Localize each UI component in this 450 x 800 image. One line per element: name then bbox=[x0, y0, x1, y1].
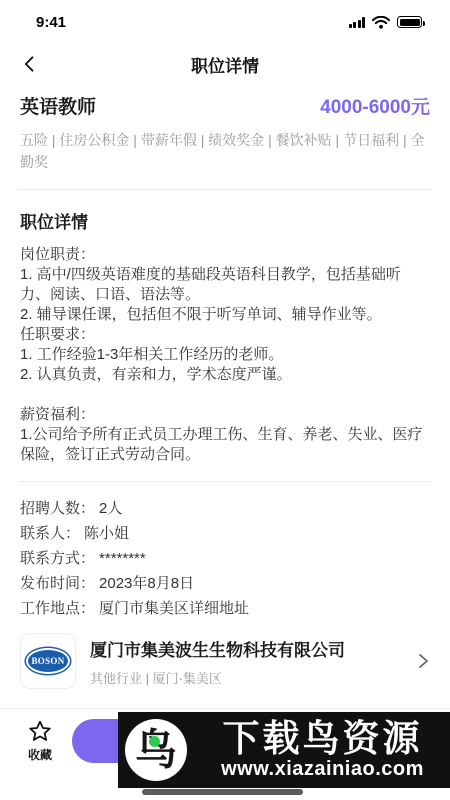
requirements-paragraph: 任职要求： 1. 工作经验1-3年相关工作经历的老师。 2. 认真负责，有亲和力… bbox=[20, 325, 430, 385]
chevron-left-icon bbox=[20, 54, 40, 74]
job-benefit-tags: 五险 | 住房公积金 | 带薪年假 | 绩效奖金 | 餐饮补贴 | 节日福利 |… bbox=[20, 129, 430, 173]
duties-item: 2. 辅导课任课，包括但不限于听写单词、辅导作业等。 bbox=[20, 305, 430, 325]
info-row-work-location: 工作地点： 厦门市集美区详细地址 bbox=[20, 596, 430, 621]
job-salary: 4000-6000元 bbox=[320, 92, 430, 119]
company-logo-text: BOSON bbox=[31, 656, 64, 666]
nav-bar: 职位详情 bbox=[0, 44, 450, 84]
cellular-signal-icon bbox=[349, 17, 366, 28]
info-row-headcount: 招聘人数： 2人 bbox=[20, 496, 430, 521]
job-info-list: 招聘人数： 2人 联系人： 陈小姐 联系方式： ******** 发布时间： 2… bbox=[20, 496, 430, 621]
favorite-label: 收藏 bbox=[28, 746, 52, 763]
watermark-bird-logo-icon: 鸟 bbox=[125, 719, 187, 781]
bird-eye-dot bbox=[149, 736, 160, 747]
info-label: 联系方式： bbox=[20, 546, 95, 571]
info-value: 陈小姐 bbox=[84, 521, 129, 546]
divider bbox=[18, 189, 432, 190]
watermark-overlay: 鸟 下载鸟资源 www.xiazainiao.com bbox=[118, 712, 450, 788]
divider bbox=[18, 481, 432, 482]
company-name: 厦门市集美波生生物科技有限公司 bbox=[90, 636, 402, 661]
back-button[interactable] bbox=[14, 48, 46, 80]
home-indicator[interactable] bbox=[142, 789, 303, 795]
boson-logo-icon: BOSON bbox=[26, 648, 70, 674]
requirements-item: 2. 认真负责，有亲和力，学术态度严谨。 bbox=[20, 365, 430, 385]
info-value: 2人 bbox=[99, 496, 122, 521]
duties-item: 1. 高中/四级英语难度的基础段英语科目教学，包括基础听力、阅读、口语、语法等。 bbox=[20, 265, 430, 305]
status-bar: 9:41 bbox=[0, 0, 450, 44]
benefits-title: 薪资福利： bbox=[20, 405, 430, 425]
watermark-title: 下载鸟资源 bbox=[223, 720, 423, 757]
watermark-text: 下载鸟资源 www.xiazainiao.com bbox=[195, 720, 450, 781]
duties-title: 岗位职责： bbox=[20, 245, 430, 265]
company-logo: BOSON bbox=[20, 633, 76, 689]
status-time: 9:41 bbox=[36, 14, 66, 31]
info-value: ******** bbox=[99, 546, 146, 571]
job-title: 英语教师 bbox=[20, 92, 96, 119]
battery-icon bbox=[397, 16, 422, 28]
info-value: 2023年8月8日 bbox=[99, 571, 194, 596]
company-card[interactable]: BOSON 厦门市集美波生生物科技有限公司 其他行业 | 厦门·集美区 bbox=[20, 633, 430, 689]
info-label: 招聘人数： bbox=[20, 496, 95, 521]
chevron-right-icon bbox=[416, 652, 430, 670]
star-icon bbox=[27, 719, 53, 744]
info-row-publish-date: 发布时间： 2023年8月8日 bbox=[20, 571, 430, 596]
page-title: 职位详情 bbox=[191, 52, 259, 77]
info-value: 厦门市集美区详细地址 bbox=[99, 596, 249, 621]
company-main: 厦门市集美波生生物科技有限公司 其他行业 | 厦门·集美区 bbox=[90, 636, 402, 687]
benefits-item: 1.公司给予所有正式员工办理工伤、生育、养老、失业、医疗保险，签订正式劳动合同。 bbox=[20, 425, 430, 465]
favorite-button[interactable]: 收藏 bbox=[20, 717, 60, 765]
info-label: 发布时间： bbox=[20, 571, 95, 596]
status-icons bbox=[349, 16, 423, 29]
info-label: 工作地点： bbox=[20, 596, 95, 621]
duties-paragraph: 岗位职责： 1. 高中/四级英语难度的基础段英语科目教学，包括基础听力、阅读、口… bbox=[20, 245, 430, 325]
content: 英语教师 4000-6000元 五险 | 住房公积金 | 带薪年假 | 绩效奖金… bbox=[0, 84, 450, 689]
wifi-icon bbox=[372, 16, 390, 29]
benefits-paragraph: 薪资福利： 1.公司给予所有正式员工办理工伤、生育、养老、失业、医疗保险，签订正… bbox=[20, 405, 430, 465]
info-label: 联系人： bbox=[20, 521, 80, 546]
details-heading: 职位详情 bbox=[20, 208, 430, 233]
job-description: 岗位职责： 1. 高中/四级英语难度的基础段英语科目教学，包括基础听力、阅读、口… bbox=[20, 245, 430, 465]
company-meta: 其他行业 | 厦门·集美区 bbox=[90, 668, 402, 687]
watermark-url: www.xiazainiao.com bbox=[221, 758, 424, 781]
job-header: 英语教师 4000-6000元 bbox=[20, 92, 430, 119]
info-row-contact-method: 联系方式： ******** bbox=[20, 546, 430, 571]
requirements-title: 任职要求： bbox=[20, 325, 430, 345]
requirements-item: 1. 工作经验1-3年相关工作经历的老师。 bbox=[20, 345, 430, 365]
info-row-contact-person: 联系人： 陈小姐 bbox=[20, 521, 430, 546]
